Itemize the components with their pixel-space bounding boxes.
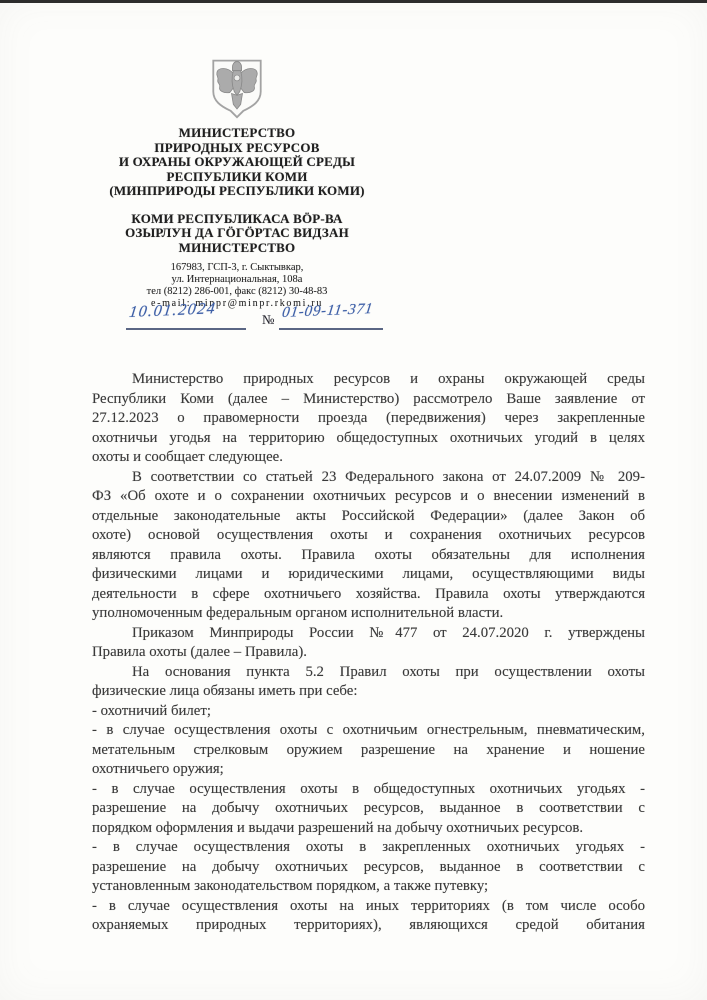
ministry-name-line: МИНИСТЕРСТВО xyxy=(78,126,396,141)
body-text-line: деятельности в сфере охотничьего хозяйст… xyxy=(92,585,645,605)
handwritten-date: 10.01.2024 xyxy=(128,300,217,322)
body-text-line: охоты и сообщает следующее. xyxy=(92,448,645,468)
body-text-line: - в случае осуществления охоты на иных т… xyxy=(92,897,645,917)
body-text-line: физические лица обязаны иметь при себе: xyxy=(92,682,645,702)
scanned-letter-page: МИНИСТЕРСТВОПРИРОДНЫХ РЕСУРСОВИ ОХРАНЫ О… xyxy=(0,0,707,1000)
komi-coat-of-arms-icon xyxy=(206,54,268,122)
body-text-line: В соответствии со статьей 23 Федеральног… xyxy=(92,468,645,488)
body-text-line: Министерство природных ресурсов и охраны… xyxy=(92,370,645,390)
body-text-line: физическими лицами и юридическими лицами… xyxy=(92,565,645,585)
body-text-line: Правила охоты (далее – Правила). xyxy=(92,643,645,663)
address-line: 167983, ГСП-3, г. Сыктывкар, xyxy=(78,262,396,274)
ministry-name-line: И ОХРАНЫ ОКРУЖАЮЩЕЙ СРЕДЫ xyxy=(78,155,396,170)
body-text-line: уполномоченным федеральным органом испол… xyxy=(92,604,645,624)
body-text-line: охоте) основой осуществления охоты и сох… xyxy=(92,526,645,546)
ministry-name-line: ОЗЫРЛУН ДА ГÖГÖРТАС ВИДЗАН xyxy=(78,226,396,241)
document-body: Министерство природных ресурсов и охраны… xyxy=(92,370,645,936)
ministry-name-line: РЕСПУБЛИКИ КОМИ xyxy=(78,170,396,185)
ministry-name-komi: КОМИ РЕСПУБЛИКАСА ВÖР-ВАОЗЫРЛУН ДА ГÖГÖР… xyxy=(78,212,396,256)
body-text-line: являются правила охоты. Правила охоты об… xyxy=(92,546,645,566)
letterhead: МИНИСТЕРСТВОПРИРОДНЫХ РЕСУРСОВИ ОХРАНЫ О… xyxy=(78,54,396,310)
body-text-line: охотничьего оружия; xyxy=(92,760,645,780)
reference-line: 10.01.2024 № 01-09-11-371 xyxy=(126,306,383,330)
body-text-line: отдельные законодательные акты Российско… xyxy=(92,507,645,527)
scan-top-edge xyxy=(0,0,707,3)
body-text-line: разрешение на добычу охотничьих ресурсов… xyxy=(92,799,645,819)
body-text-line: Приказом Минприроды России №477 от 24.07… xyxy=(92,624,645,644)
body-text-line: - в случае осуществления охоты в закрепл… xyxy=(92,838,645,858)
body-text-line: На основания пункта 5.2 Правил охоты при… xyxy=(92,663,645,683)
ministry-name-line: ПРИРОДНЫХ РЕСУРСОВ xyxy=(78,141,396,156)
body-text-line: охотничьи угодья на территорию общедосту… xyxy=(92,429,645,449)
body-text-line: 27.12.2023 о правомерности проезда (пере… xyxy=(92,409,645,429)
date-field: 10.01.2024 xyxy=(126,306,246,330)
number-sign: № xyxy=(262,312,274,328)
body-text-line: порядком оформления и выдачи разрешений … xyxy=(92,819,645,839)
address-line: тел (8212) 286-001, факс (8212) 30-48-83 xyxy=(78,286,396,298)
body-text-line: ФЗ «Об охоте и о сохранении охотничьих р… xyxy=(92,487,645,507)
ministry-name-line: МИНИСТЕРСТВО xyxy=(78,241,396,256)
body-text-line: - в случае осуществления охоты в общедос… xyxy=(92,780,645,800)
ministry-name-russian: МИНИСТЕРСТВОПРИРОДНЫХ РЕСУРСОВИ ОХРАНЫ О… xyxy=(78,126,396,199)
address-line: ул. Интернациональная, 108а xyxy=(78,274,396,286)
body-text-line: разрешение на добычу охотничьих ресурсов… xyxy=(92,858,645,878)
ministry-name-line: КОМИ РЕСПУБЛИКАСА ВÖР-ВА xyxy=(78,212,396,227)
ministry-name-line: (МИНПРИРОДЫ РЕСПУБЛИКИ КОМИ) xyxy=(78,184,396,199)
body-text-line: охраняемых природных территориях), являю… xyxy=(92,916,645,936)
handwritten-number: 01-09-11-371 xyxy=(281,301,374,322)
body-text-line: - в случае осуществления охоты с охотнич… xyxy=(92,721,645,741)
body-text-line: метательным стрелковым оружием разрешени… xyxy=(92,741,645,761)
number-field: 01-09-11-371 xyxy=(279,306,383,330)
body-text-line: установленным законодательством порядком… xyxy=(92,877,645,897)
body-text-line: - охотничий билет; xyxy=(92,702,645,722)
body-text-line: Республики Коми (далее – Министерство) р… xyxy=(92,390,645,410)
